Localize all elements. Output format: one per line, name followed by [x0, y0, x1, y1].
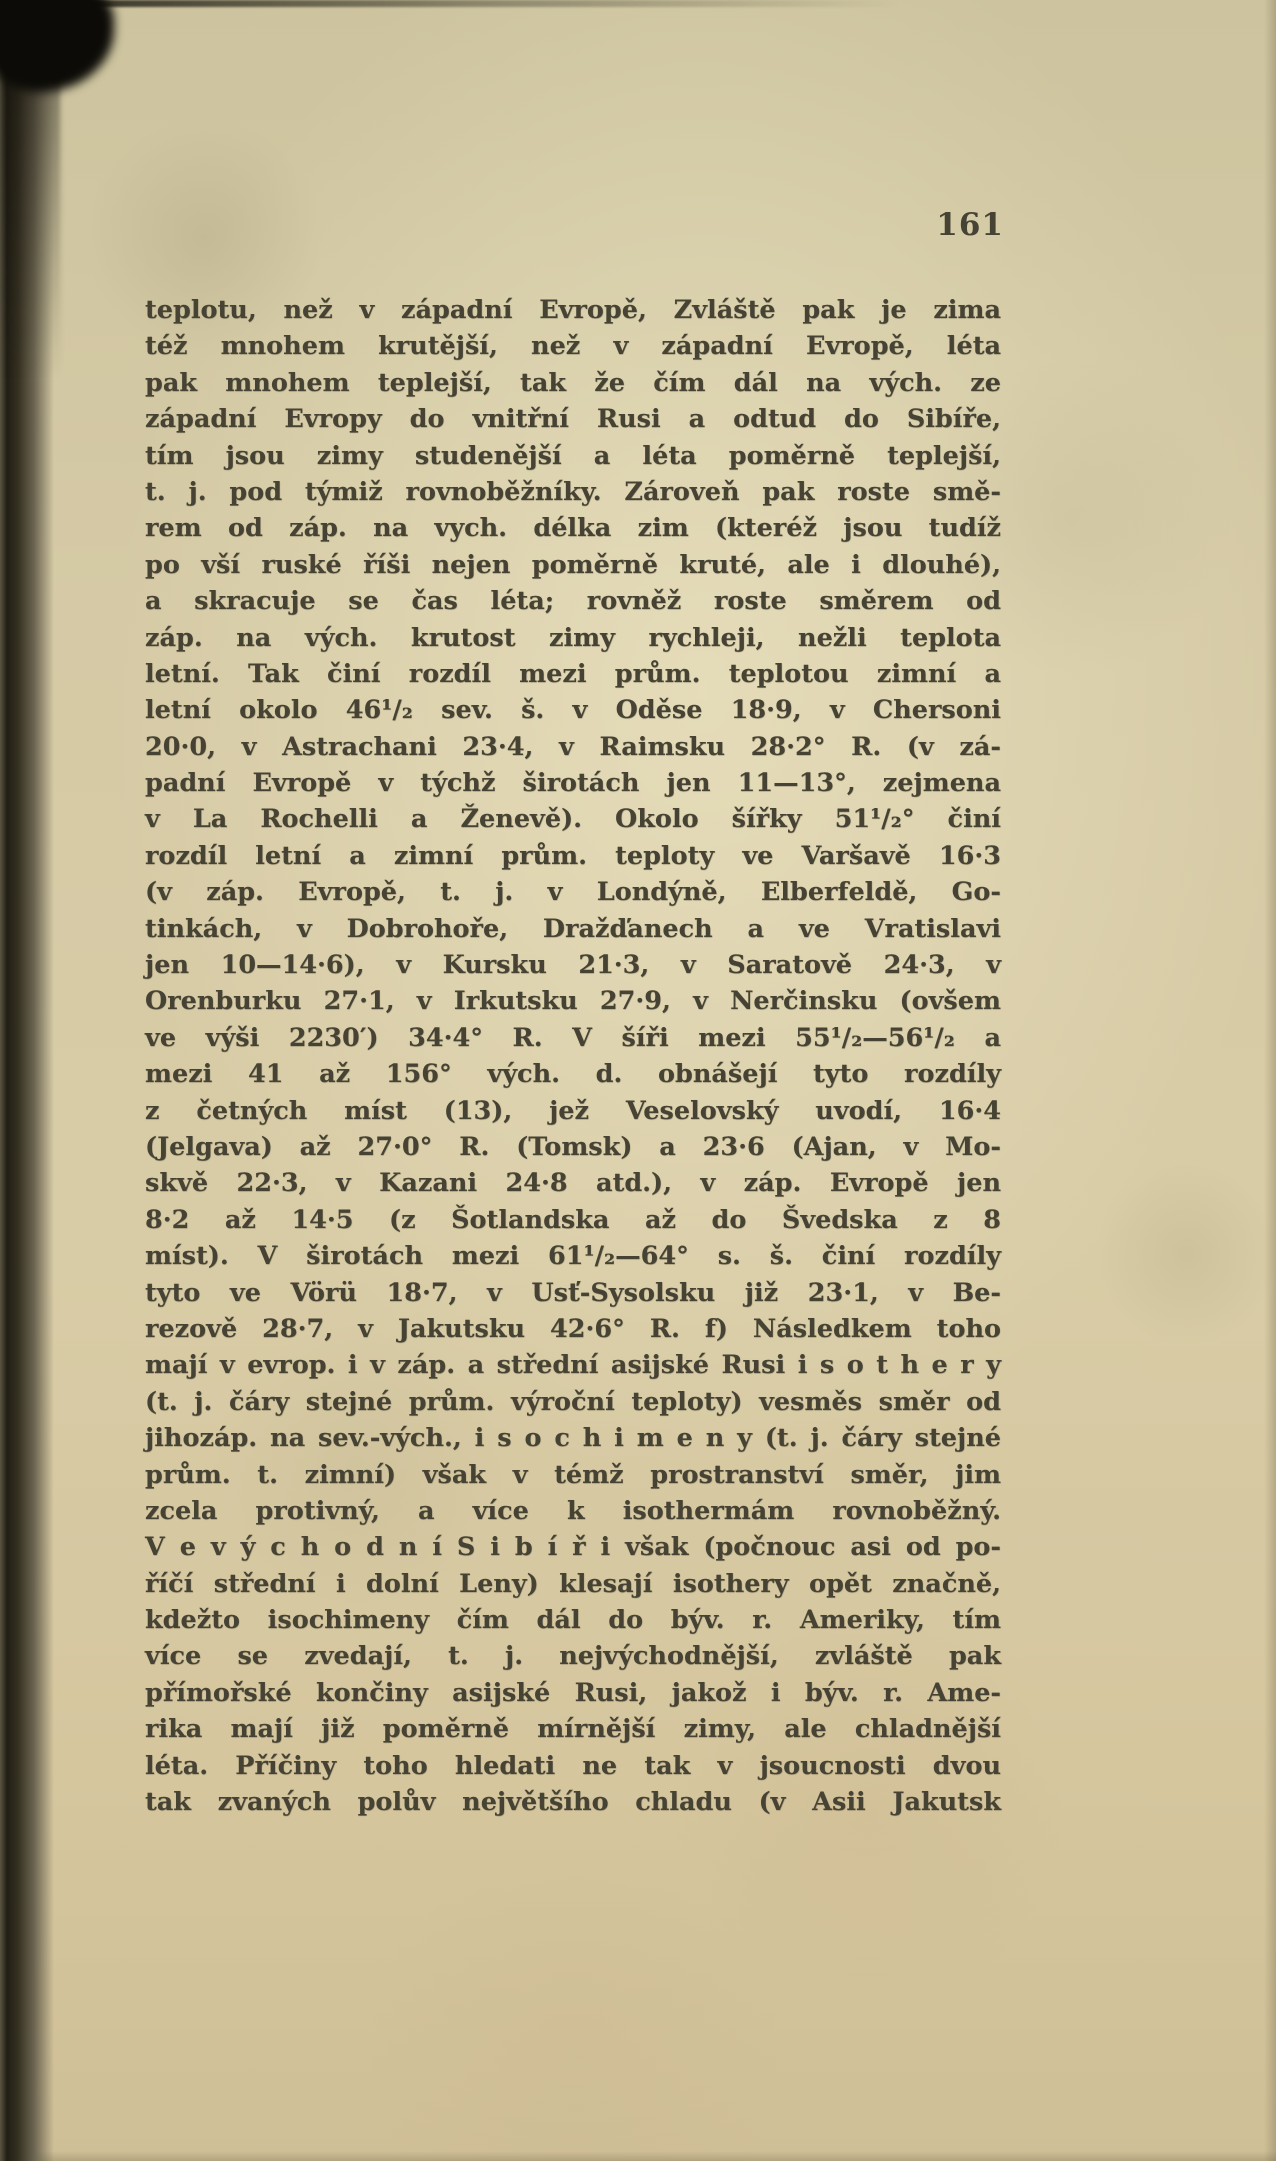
- text-line: rem od záp. na vych. délka zim (kteréž j…: [145, 510, 1001, 546]
- text-line: mezi 41 až 156° vých. d. obnášejí tyto r…: [145, 1056, 1001, 1092]
- text-line: V e v ý c h o d n í S i b í ř i však (po…: [145, 1529, 1001, 1565]
- text-line: z četných míst (13), jež Veselovský uvod…: [145, 1093, 1001, 1129]
- text-line: teplotu, než v západní Evropě, Zvláště p…: [145, 292, 1001, 328]
- text-line: (v záp. Evropě, t. j. v Londýně, Elberfe…: [145, 874, 1001, 910]
- page-right-edge-shadow: [1264, 0, 1276, 2161]
- text-line: (t. j. čáry stejné prům. výroční teploty…: [145, 1384, 1001, 1420]
- text-line: říčí střední i dolní Leny) klesají isoth…: [145, 1566, 1001, 1602]
- text-line: pak mnohem teplejší, tak že čím dál na v…: [145, 365, 1001, 401]
- text-line: letní okolo 46¹/₂ sev. š. v Oděse 18·9, …: [145, 692, 1001, 728]
- text-line: ve výši 2230′) 34·4° R. V šíři mezi 55¹/…: [145, 1020, 1001, 1056]
- text-line: 8·2 až 14·5 (z Šotlandska až do Švedska …: [145, 1202, 1001, 1238]
- text-line: a skracuje se čas léta; rovněž roste smě…: [145, 583, 1001, 619]
- page-number: 161: [860, 208, 1004, 242]
- text-line: kdežto isochimeny čím dál do býv. r. Ame…: [145, 1602, 1001, 1638]
- text-line: jen 10—14·6), v Kursku 21·3, v Saratově …: [145, 947, 1001, 983]
- text-line: západní Evropy do vnitřní Rusi a odtud d…: [145, 401, 1001, 437]
- text-line: zcela protivný, a více k isothermám rovn…: [145, 1493, 1001, 1529]
- text-line: letní. Tak činí rozdíl mezi prům. teplot…: [145, 656, 1001, 692]
- page-top-edge-shadow: [0, 0, 900, 7]
- text-line: rezově 28·7, v Jakutsku 42·6° R. f) Násl…: [145, 1311, 1001, 1347]
- text-line: po vší ruské říši nejen poměrně kruté, a…: [145, 547, 1001, 583]
- text-line: (Jelgava) až 27·0° R. (Tomsk) a 23·6 (Aj…: [145, 1129, 1001, 1165]
- text-line: 20·0, v Astrachani 23·4, v Raimsku 28·2°…: [145, 729, 1001, 765]
- text-line: padní Evropě v týchž širotách jen 11—13°…: [145, 765, 1001, 801]
- text-line: více se zvedají, t. j. nejvýchodnější, z…: [145, 1638, 1001, 1674]
- page-bottom-edge-shadow: [0, 2151, 1276, 2161]
- text-line: míst). V širotách mezi 61¹/₂—64° s. š. č…: [145, 1238, 1001, 1274]
- body-text: teplotu, než v západní Evropě, Zvláště p…: [145, 292, 1001, 1820]
- text-line: skvě 22·3, v Kazani 24·8 atd.), v záp. E…: [145, 1165, 1001, 1201]
- text-line: léta. Příčiny toho hledati ne tak v jsou…: [145, 1748, 1001, 1784]
- text-line: záp. na vých. krutost zimy rychleji, než…: [145, 620, 1001, 656]
- text-line: v La Rochelli a Ženevě). Okolo šířky 51¹…: [145, 801, 1001, 837]
- text-line: prům. t. zimní) však v témž prostranství…: [145, 1457, 1001, 1493]
- text-line: Orenburku 27·1, v Irkutsku 27·9, v Nerči…: [145, 983, 1001, 1019]
- text-line: též mnohem krutější, než v západní Evrop…: [145, 328, 1001, 364]
- text-line: tinkách, v Dobrohoře, Dražďanech a ve Vr…: [145, 911, 1001, 947]
- text-line: přímořské končiny asijské Rusi, jakož i …: [145, 1675, 1001, 1711]
- corner-dark-patch: [0, 0, 114, 92]
- text-line: mají v evrop. i v záp. a střední asijské…: [145, 1347, 1001, 1383]
- book-page: 161 teplotu, než v západní Evropě, Zvláš…: [0, 0, 1276, 2161]
- text-line: tyto ve Vörü 18·7, v Usť-Sysolsku již 23…: [145, 1275, 1001, 1311]
- text-line: jihozáp. na sev.-vých., i s o c h i m e …: [145, 1420, 1001, 1456]
- text-line: tím jsou zimy studenější a léta poměrně …: [145, 438, 1001, 474]
- text-line: rozdíl letní a zimní prům. teploty ve Va…: [145, 838, 1001, 874]
- text-line: rika mají již poměrně mírnější zimy, ale…: [145, 1711, 1001, 1747]
- text-line: tak zvaných polův největšího chladu (v A…: [145, 1784, 1001, 1820]
- text-line: t. j. pod týmiž rovnoběžníky. Zároveň pa…: [145, 474, 1001, 510]
